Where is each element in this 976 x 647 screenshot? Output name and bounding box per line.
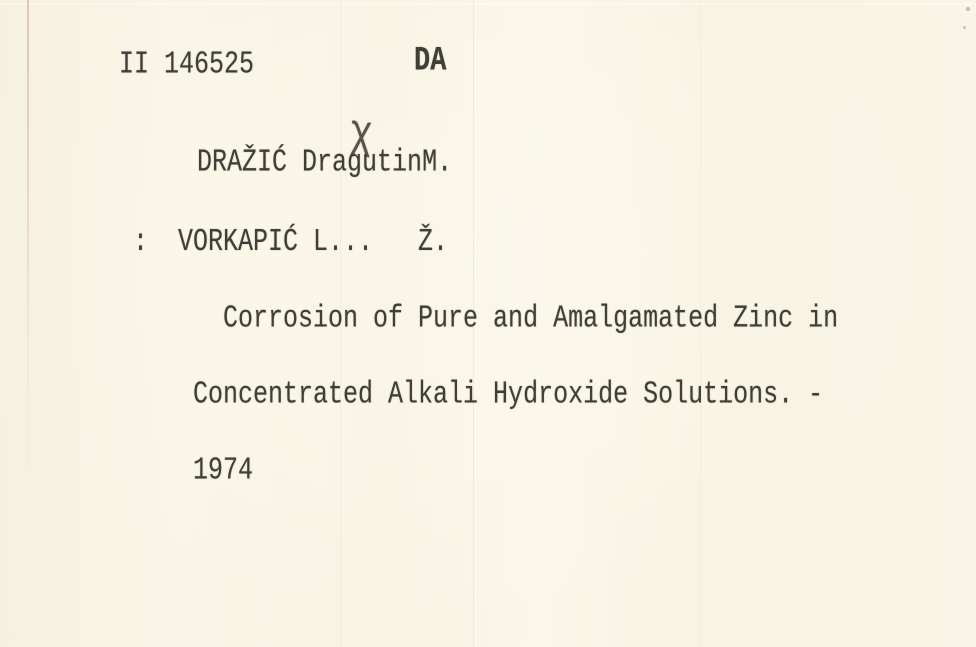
secondary-author-line: : VORKAPIĆ L... Ž.: [133, 230, 838, 255]
scan-artifact-left-line: [27, 0, 29, 500]
author-initial: M.: [422, 144, 452, 181]
citation-entry: : VORKAPIĆ L... Ž. Corrosion of Pure and…: [133, 179, 838, 535]
call-number: II 146525: [119, 52, 254, 77]
title-line-2: Concentrated Alkali Hydroxide Solutions.…: [133, 382, 838, 407]
typed-overstrike-mark: χ: [349, 115, 374, 155]
classification-code: DA: [414, 49, 446, 74]
title-line-1: Corrosion of Pure and Amalgamated Zinc i…: [133, 306, 838, 331]
author-name: DRAŽIĆ Dragutin: [197, 144, 422, 181]
catalog-card: II 146525 DA DRAŽIĆ DragutinM. χ : VORKA…: [0, 0, 976, 647]
scan-artifact-top-band: [0, 3, 976, 5]
year-line: 1974: [133, 458, 838, 483]
scan-speck: [966, 7, 970, 11]
scan-speck: [963, 26, 966, 29]
